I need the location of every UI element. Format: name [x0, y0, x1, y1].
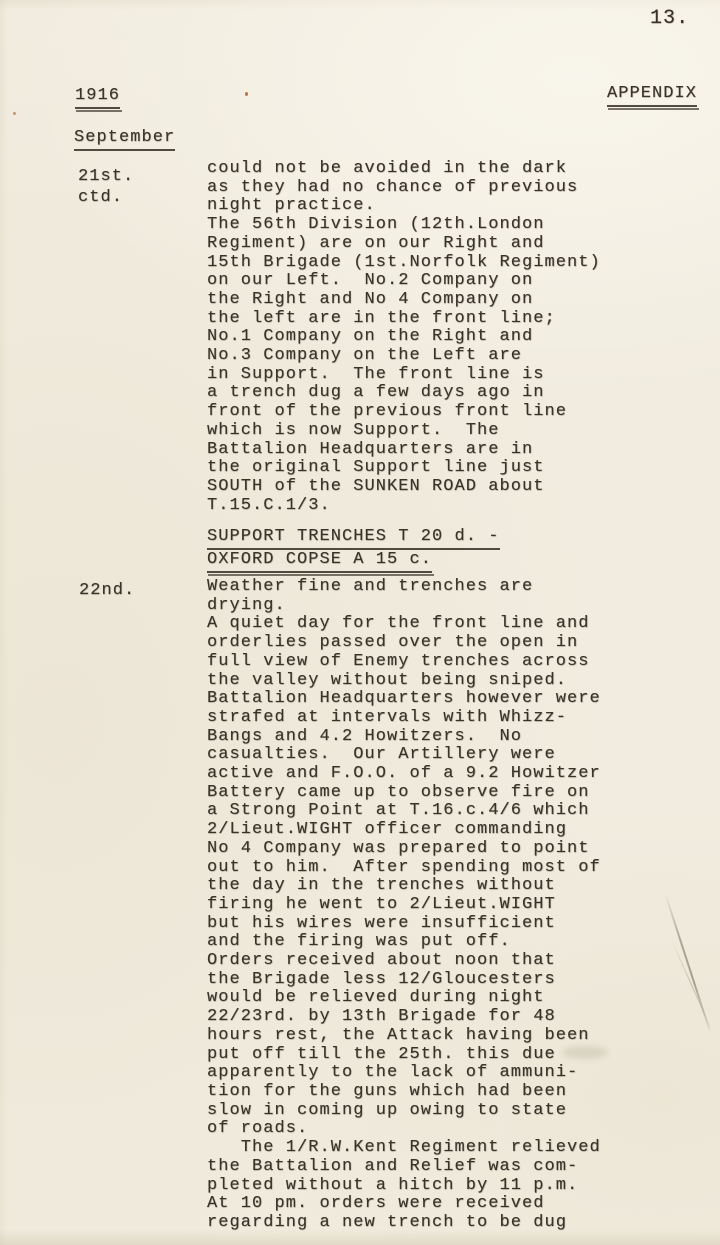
- month-heading-wrap: September: [74, 129, 175, 151]
- section-heading-line1: SUPPORT TRENCHES T 20 d. -: [207, 528, 500, 550]
- section-heading-line2: OXFORD COPSE A 15 c.: [207, 551, 432, 573]
- crease-mark: [664, 893, 710, 1030]
- section-heading-line2-wrap: OXFORD COPSE A 15 c.: [207, 551, 432, 573]
- year-heading: 1916: [75, 87, 120, 109]
- month-heading: September: [74, 129, 175, 151]
- war-diary-page: 13. 1916 APPENDIX September 21st. ctd. c…: [0, 0, 720, 1245]
- entry-body-21st: could not be avoided in the dark as they…: [207, 160, 601, 515]
- paper-speck: [13, 112, 16, 115]
- entry-date-21st: 21st. ctd.: [78, 166, 134, 208]
- appendix-heading: APPENDIX: [607, 85, 697, 107]
- paper-speck: [245, 92, 248, 96]
- entry-body-22nd: Weather fine and trenches are drying. A …: [207, 578, 601, 1233]
- year-heading-wrap: 1916: [75, 87, 120, 109]
- crease-mark: [671, 940, 711, 1027]
- appendix-heading-wrap: APPENDIX: [607, 85, 697, 107]
- ink-smudge: [562, 1046, 608, 1059]
- entry-date-22nd: 22nd.: [79, 582, 135, 601]
- page-number: 13.: [650, 10, 689, 29]
- section-heading-line1-wrap: SUPPORT TRENCHES T 20 d. -: [207, 528, 500, 550]
